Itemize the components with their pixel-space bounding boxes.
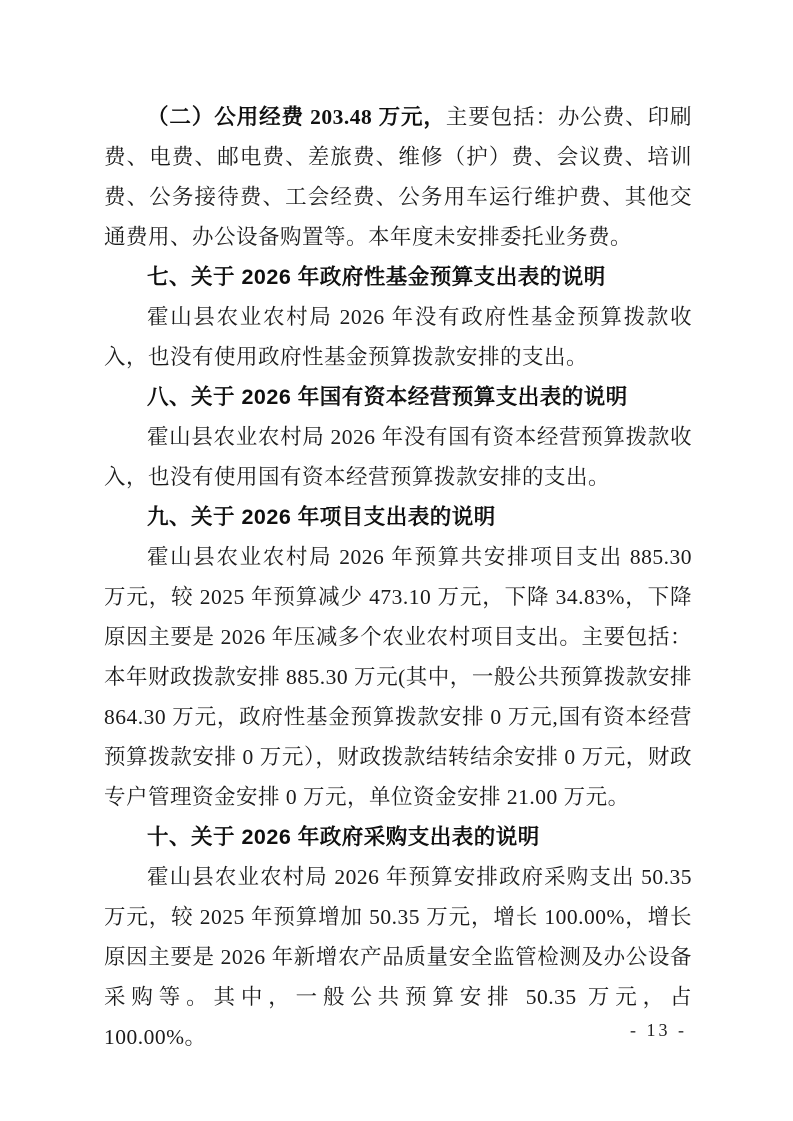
heading-section-10-gov-procurement: 十、关于 2026 年政府采购支出表的说明 bbox=[104, 817, 692, 857]
paragraph-public-expense-lead: （二）公用经费 203.48 万元， bbox=[147, 105, 446, 129]
paragraph-section-9-project-expenditure: 霍山县农业农村局 2026 年预算共安排项目支出 885.30 万元，较 202… bbox=[104, 537, 692, 817]
page-number: - 13 - bbox=[630, 1017, 687, 1043]
paragraph-public-expense: （二）公用经费 203.48 万元，主要包括：办公费、印刷费、电费、邮电费、差旅… bbox=[104, 97, 692, 257]
paragraph-section-10-gov-procurement: 霍山县农业农村局 2026 年预算安排政府采购支出 50.35 万元，较 202… bbox=[104, 857, 692, 1057]
heading-section-9-project-expenditure: 九、关于 2026 年项目支出表的说明 bbox=[104, 497, 692, 537]
paragraph-section-8-state-capital-budget: 霍山县农业农村局 2026 年没有国有资本经营预算拨款收入，也没有使用国有资本经… bbox=[104, 417, 692, 497]
document-page: （二）公用经费 203.48 万元，主要包括：办公费、印刷费、电费、邮电费、差旅… bbox=[0, 0, 793, 1121]
paragraph-section-7-gov-fund-budget: 霍山县农业农村局 2026 年没有政府性基金预算拨款收入，也没有使用政府性基金预… bbox=[104, 297, 692, 377]
heading-section-7-gov-fund-budget: 七、关于 2026 年政府性基金预算支出表的说明 bbox=[104, 257, 692, 297]
document-body: （二）公用经费 203.48 万元，主要包括：办公费、印刷费、电费、邮电费、差旅… bbox=[104, 97, 692, 1057]
heading-section-8-state-capital-budget: 八、关于 2026 年国有资本经营预算支出表的说明 bbox=[104, 377, 692, 417]
